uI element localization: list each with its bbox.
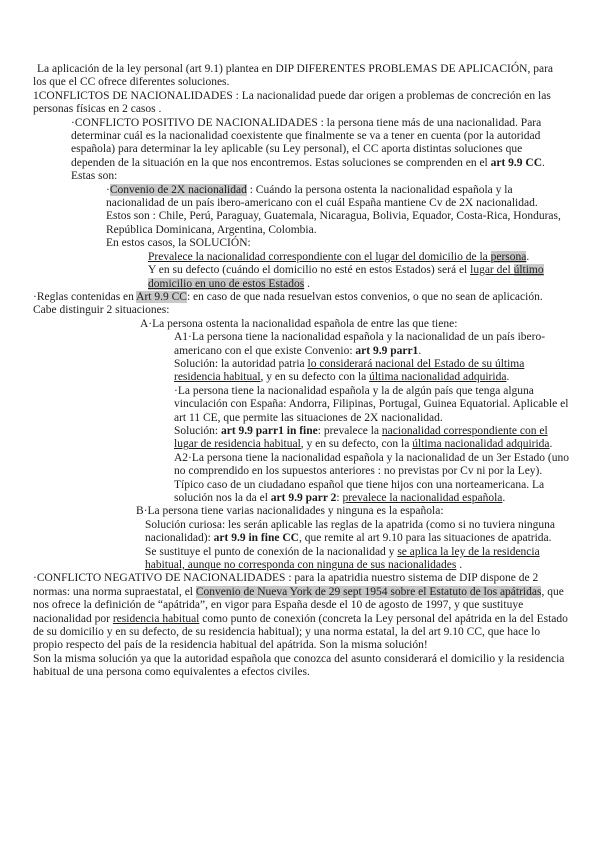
text-run: . — [506, 371, 509, 383]
underlined-run: lugar del — [470, 264, 513, 276]
paragraph: Y en su defecto (cuándo el domicilio no … — [148, 264, 569, 291]
highlighted-run: Art 9.9 CC — [136, 291, 187, 303]
paragraph: A2·La persona tiene la nacionalidad espa… — [174, 452, 569, 506]
bold-run: art 9.9 CC — [491, 157, 542, 169]
text-run: B·La persona tiene varias nacionalidades… — [136, 505, 444, 517]
text-run: Estos son : Chile, Perú, Paraguay, Guate… — [106, 210, 561, 235]
paragraph: ·CONFLICTO NEGATIVO DE NACIONALIDADES : … — [33, 572, 569, 652]
underlined-run: prevalece la nacionalidad española — [342, 492, 502, 504]
paragraph: ·Convenio de 2X nacionalidad : Cuándo la… — [106, 184, 569, 211]
bold-run: art 9.9 parr1 in fine — [221, 425, 318, 437]
paragraph: Se sustituye el punto de conexión de la … — [145, 546, 569, 573]
highlighted-run: Convenio de Nueva York de 29 sept 1954 s… — [196, 586, 542, 598]
bold-run: art 9.9 parr 2 — [271, 492, 337, 504]
paragraph: Solución curiosa: les serán aplicable la… — [145, 519, 569, 546]
paragraph: ·La persona tiene la nacionalidad españo… — [174, 385, 569, 425]
text-run: : prevalece la — [318, 425, 382, 437]
document-content: La aplicación de la ley personal (art 9.… — [33, 63, 569, 680]
bold-run: art 9.9 parr1 — [355, 345, 418, 357]
text-run: La aplicación de la ley personal (art 9.… — [33, 63, 553, 88]
text-run: Y en su defecto (cuándo el domicilio no … — [148, 264, 470, 276]
paragraph: La aplicación de la ley personal (art 9.… — [33, 63, 569, 90]
paragraph: Solución: art 9.9 parr1 in fine: prevale… — [174, 425, 569, 452]
paragraph: A1·La persona tiene la nacionalidad espa… — [174, 331, 569, 358]
underlined-run: última nacionalidad adquirida — [412, 438, 549, 450]
text-run: ·CONFLICTO POSITIVO DE NACIONALIDADES : … — [71, 117, 541, 169]
underlined-run: última nacionalidad adquirida — [369, 371, 506, 383]
text-run: . — [502, 492, 505, 504]
paragraph: B·La persona tiene varias nacionalidades… — [136, 505, 569, 518]
text-run: A·La persona ostenta la nacionalidad esp… — [140, 318, 457, 330]
text-run: En estos casos, la SOLUCIÓN: — [106, 237, 251, 249]
text-run: . — [526, 251, 529, 263]
text-run: , y en su defecto con la — [261, 371, 370, 383]
document-page: La aplicación de la ley personal (art 9.… — [0, 0, 599, 848]
paragraph: ·Reglas contenidas en Art 9.9 CC: en cas… — [33, 291, 569, 318]
text-run: Solución: la autoridad patria — [174, 358, 308, 370]
paragraph: Prevalece la nacionalidad correspondient… — [148, 251, 569, 264]
underlined-highlighted-run: persona — [491, 251, 527, 263]
highlighted-run: Convenio de 2X nacionalidad — [110, 184, 247, 196]
text-run: . — [418, 345, 421, 357]
text-run: Se sustituye el punto de conexión de la … — [145, 546, 397, 558]
paragraph: ·CONFLICTO POSITIVO DE NACIONALIDADES : … — [71, 117, 569, 184]
text-run: , y en su defecto, con la — [301, 438, 412, 450]
text-run: . — [550, 438, 553, 450]
text-run: ·La persona tiene la nacionalidad españo… — [174, 385, 568, 424]
text-run: ·Reglas contenidas en — [33, 291, 136, 303]
paragraph: Solución: la autoridad patria lo conside… — [174, 358, 569, 385]
underlined-run: residencia habitual — [113, 613, 200, 625]
text-run: . — [456, 559, 462, 571]
text-run: . — [304, 278, 310, 290]
text-run: Solución: — [174, 425, 221, 437]
text-run: Son la misma solución ya que la autorida… — [33, 653, 564, 678]
paragraph: A·La persona ostenta la nacionalidad esp… — [140, 318, 569, 331]
bold-run: art 9.9 in fine CC — [214, 532, 299, 544]
text-run: , que remite al art 9.10 para las situac… — [299, 532, 552, 544]
paragraph: Son la misma solución ya que la autorida… — [33, 653, 569, 680]
underlined-run: Prevalece la nacionalidad correspondient… — [148, 251, 491, 263]
text-run: 1CONFLICTOS DE NACIONALIDADES : La nacio… — [33, 90, 551, 115]
paragraph: 1CONFLICTOS DE NACIONALIDADES : La nacio… — [33, 90, 569, 117]
paragraph: En estos casos, la SOLUCIÓN: — [106, 237, 569, 250]
paragraph: Estos son : Chile, Perú, Paraguay, Guate… — [106, 210, 569, 237]
